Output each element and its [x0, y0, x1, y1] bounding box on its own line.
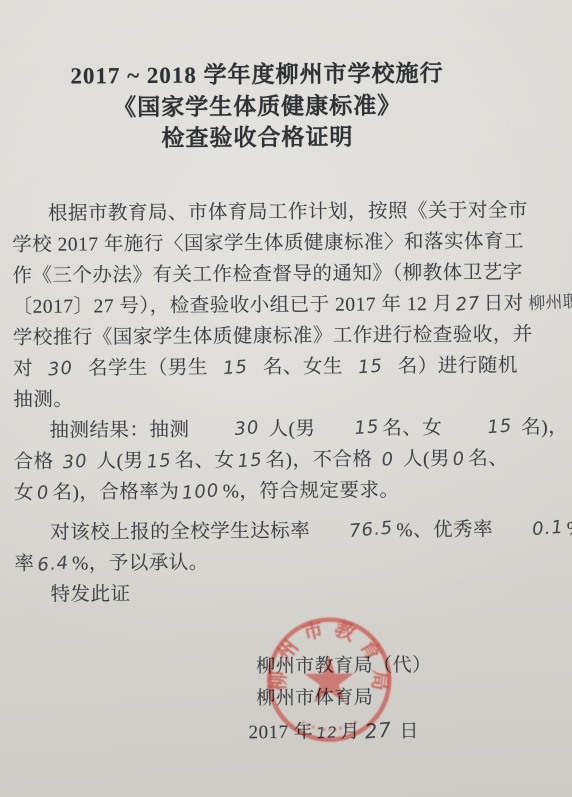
- handwritten-pass-female: 15: [236, 444, 263, 477]
- document-title: 2017 ~ 2018 学年度柳州市学校施行 《国家学生体质健康标准》 检查验收…: [0, 57, 517, 155]
- body-line-5: 学校推行《国家学生体质健康标准》工作进行检查验收，并: [13, 319, 561, 354]
- title-line-1: 2017 ~ 2018 学年度柳州市学校施行: [0, 57, 516, 92]
- handwritten-sample-total: 30: [197, 412, 260, 448]
- printed-text: 名、女生: [263, 357, 343, 379]
- body-line-4: 〔2017〕27 号），检查验收小组已于 2017 年 12 月27日对柳州职业…: [13, 288, 561, 323]
- printed-text: 率: [14, 554, 34, 575]
- document-body: 根据市教育局、市体育局工作计划，按照《关于对全市 学校 2017 年施行〈国家学…: [12, 195, 563, 611]
- printed-text: 合格: [14, 452, 54, 473]
- printed-text: 名)，: [521, 417, 568, 438]
- star-icon: [304, 656, 354, 703]
- printed-text: 抽测。: [13, 389, 73, 410]
- handwritten-sample-male: 15: [317, 411, 380, 447]
- printed-text: 〔2017〕27 号），检查验收小组已于 2017 年 12 月: [13, 294, 453, 318]
- handwritten-standard-rate: 76.5: [312, 513, 394, 550]
- body-line-10: 女0名)，合格率为100%，符合规定要求。: [14, 474, 562, 509]
- body-line-12: 率6.4%，予以承认。: [14, 545, 562, 580]
- official-seal: 柳州市教育局: [254, 604, 405, 755]
- printed-text: 名）进行随机: [398, 355, 518, 377]
- handwritten-school-name: 柳州职业技术学院: [528, 282, 572, 320]
- printed-text: 名、女: [382, 418, 442, 439]
- printed-text: 根据市教育局、市体育局工作计划，按照《关于对全市: [48, 200, 528, 224]
- printed-text: 名、女: [174, 450, 234, 471]
- printed-text: 名学生（男生: [88, 358, 208, 380]
- certificate-document: 2017 ~ 2018 学年度柳州市学校施行 《国家学生体质健康标准》 检查验收…: [0, 0, 572, 797]
- handwritten-day-value: 27: [455, 288, 482, 321]
- printed-text: 抽测结果：抽测: [49, 420, 189, 442]
- body-line-1: 根据市教育局、市体育局工作计划，按照《关于对全市: [12, 195, 560, 230]
- handwritten-sample-female: 15: [450, 410, 513, 446]
- title-line-2: 《国家学生体质健康标准》: [0, 89, 516, 124]
- printed-text: %，符合规定要求。: [223, 480, 400, 502]
- handwritten-fail-female: 0: [36, 477, 51, 509]
- handwritten-excellent-rate: 0.1: [495, 512, 565, 548]
- body-line-11: 对该校上报的全校学生达标率76.5%、优秀率0.1%良好: [14, 514, 562, 549]
- handwritten-male-count: 15: [222, 351, 249, 384]
- printed-text: 名)，合格率为: [52, 482, 179, 504]
- printed-text: %良好: [567, 519, 572, 540]
- printed-text: 学校 2017 年施行〈国家学生体质健康标准〉和落实体育工: [12, 231, 524, 256]
- seal-code-arc: [302, 721, 356, 729]
- printed-text: 女: [14, 483, 34, 504]
- printed-text: %、优秀率: [396, 520, 493, 542]
- printed-text: 作《三个办法》有关工作检查督导的通知》（柳教体卫艺字: [12, 262, 522, 287]
- handwritten-fail-total: 0: [380, 444, 395, 476]
- printed-text: 人(男: [403, 449, 450, 470]
- printed-text: 特发此证: [51, 584, 131, 606]
- body-line-7: 抽测。: [13, 381, 561, 416]
- handwritten-fail-male: 0: [452, 443, 467, 475]
- title-line-3: 检查验收合格证明: [0, 120, 517, 155]
- printed-text: 人(男: [268, 419, 315, 440]
- printed-text: 日对: [484, 293, 524, 314]
- handwritten-total-students: 30: [47, 353, 74, 386]
- handwritten-pass-male: 15: [145, 445, 172, 478]
- handwritten-good-rate: 6.4: [36, 547, 70, 580]
- body-line-9: 合格30人(男15名、女15名)，不合格0人(男0名、: [14, 443, 562, 478]
- handwritten-pass-total: 30: [62, 446, 89, 479]
- handwritten-female-count: 15: [357, 351, 384, 384]
- printed-text: 对: [13, 359, 33, 380]
- body-line-3: 作《三个办法》有关工作检查督导的通知》（柳教体卫艺字: [12, 257, 560, 292]
- handwritten-pass-rate: 100: [181, 475, 221, 509]
- body-line-8: 抽测结果：抽测30人(男15名、女15名)，: [13, 412, 561, 447]
- printed-text: 学校推行《国家学生体质健康标准》工作进行检查验收，并: [13, 324, 533, 349]
- body-line-2: 学校 2017 年施行〈国家学生体质健康标准〉和落实体育工: [12, 226, 560, 261]
- body-line-6: 对30名学生（男生15名、女生15名）进行随机: [13, 350, 561, 385]
- printed-text: 人(男: [97, 451, 144, 472]
- printed-text: %，予以承认。: [72, 553, 209, 575]
- printed-text: 名、: [468, 448, 508, 469]
- printed-text: 对该校上报的全校学生达标率: [50, 521, 310, 544]
- printed-text: 名)，不合格: [265, 449, 372, 471]
